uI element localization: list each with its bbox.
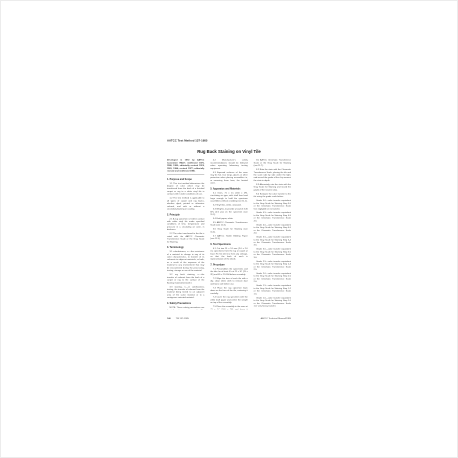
document-footer: 146 TM 137-1985 AATCC Technical Manual/1…	[167, 317, 291, 320]
paragraph: 5.1 Oven, 71 ± 1C (160 ± 2F), circulatin…	[210, 191, 247, 202]
text-columns: Developed in 1972 by AATCC Committee RA5…	[167, 159, 291, 310]
paragraph: Grade 5.0—color transfer equivalent to t…	[254, 199, 291, 210]
paragraph: Grade 4.5—color transfer equivalent to t…	[254, 211, 291, 222]
footer-page-number: 146	[167, 317, 171, 320]
paragraph: 5.2 Vinyl tiles, white, unwaxed.	[210, 203, 247, 206]
section-heading: 5. Apparatus and Materials	[210, 187, 247, 190]
paragraph: 7.3 Place the rug specimen back down on …	[210, 286, 247, 294]
paragraph: 8.2 Rate the stain with the Chromatic Tr…	[254, 168, 291, 182]
paragraph: 8.3 Alternately, rate the stain with the…	[254, 183, 291, 191]
column-3: the AATCC Chromatic Transference Scale o…	[254, 159, 291, 310]
paragraph: 4.2 Manufacturer's safety recommendation…	[210, 159, 247, 170]
paragraph: Grade 1.5—color transfer equivalent to t…	[254, 284, 291, 295]
paragraph: NOTE: These safety precautions are for i…	[167, 306, 204, 310]
paragraph: 7.2 Wipe the face of each tile with a dr…	[210, 277, 247, 285]
paragraph: 7.1 Precondition the specimens and the t…	[210, 267, 247, 275]
paragraph: Grade 4.0—color transfer equivalent to t…	[254, 223, 291, 234]
paragraph: 1.2 The test method is applicable to all…	[167, 197, 204, 211]
history-note: Developed in 1972 by AATCC Committee RA5…	[167, 159, 204, 175]
paragraph: 7.4 Cover the rug specimen with the whit…	[210, 296, 247, 304]
column-2: 4.2 Manufacturer's safety recommendation…	[210, 159, 247, 310]
section-heading: 6. Test Specimens	[210, 243, 247, 246]
section-heading: 4. Safety Precautions	[167, 302, 204, 305]
paragraph: 8.4 Evaluate the color transfer to the t…	[254, 192, 291, 197]
document-header: AATCC Test Method 137-1985	[167, 139, 291, 142]
paragraph: 3.3 staining, n.—in colorfastness testin…	[167, 285, 204, 299]
paragraph: 6.1 Cut two 51 x 51 mm (2.0 x 2.0 in.) s…	[210, 247, 247, 261]
footer-method-id: TM 137-1985	[176, 317, 189, 320]
paragraph: 7.5 Place the assembly in the oven at 71…	[210, 305, 247, 309]
paragraph: 5.3 Weights, to provide a load of 3.45 k…	[210, 207, 247, 215]
section-heading: 2. Principle	[167, 213, 204, 216]
footer-manual-reference: AATCC Technical Manual/1985	[261, 317, 291, 320]
document-body: AATCC Test Method 137-1985 Rug Back Stai…	[167, 139, 291, 329]
paragraph: Grade 3.0—color transfer equivalent to t…	[254, 248, 291, 259]
paragraph: 5.5 AATCC Chromatic Transference Scale (…	[210, 221, 247, 226]
paragraph: the AATCC Chromatic Transference Scale o…	[254, 159, 291, 167]
column-1: Developed in 1972 by AATCC Committee RA5…	[167, 159, 204, 310]
paragraph: Grade 2.0—color transfer equivalent to t…	[254, 272, 291, 283]
paragraph: Grade 1.0—color transfer equivalent to t…	[254, 296, 291, 307]
paragraph: Grade 3.5—color transfer equivalent to t…	[254, 235, 291, 246]
section-heading: 3. Terminology	[167, 246, 204, 249]
paragraph: 1.1 This test method determines the degr…	[167, 182, 204, 196]
section-heading: 7. Procedure	[210, 263, 247, 266]
paragraph: Grade 2.5—color transfer equivalent to t…	[254, 260, 291, 271]
paragraph: 5.6 Gray Scale for Staining (see 11.4).	[210, 228, 247, 233]
page-title: Rug Back Staining on Vinyl Tile	[167, 150, 291, 155]
paragraph: 3.2 rug back staining, n.—the transfer o…	[167, 273, 204, 284]
paragraph: 3.1 colorfastness, n.—the resistance of …	[167, 250, 204, 272]
footer-left: 146 TM 137-1985	[167, 317, 193, 320]
paragraph: 4.3 Exposed surfaces of the oven may be …	[210, 171, 247, 185]
paragraph: 5.7 AATCC Textile Blotting Paper (see 11…	[210, 234, 247, 239]
paragraph: 5.4 Kraft paper, white.	[210, 217, 247, 220]
section-heading: 1. Purpose and Scope	[167, 178, 204, 181]
scanned-page: AATCC Test Method 137-1985 Rug Back Stai…	[0, 0, 458, 458]
paragraph: 2.1 A rug specimen is held in contact wi…	[167, 217, 204, 231]
paragraph: 2.2 The color transferred to the tile is…	[167, 232, 204, 243]
